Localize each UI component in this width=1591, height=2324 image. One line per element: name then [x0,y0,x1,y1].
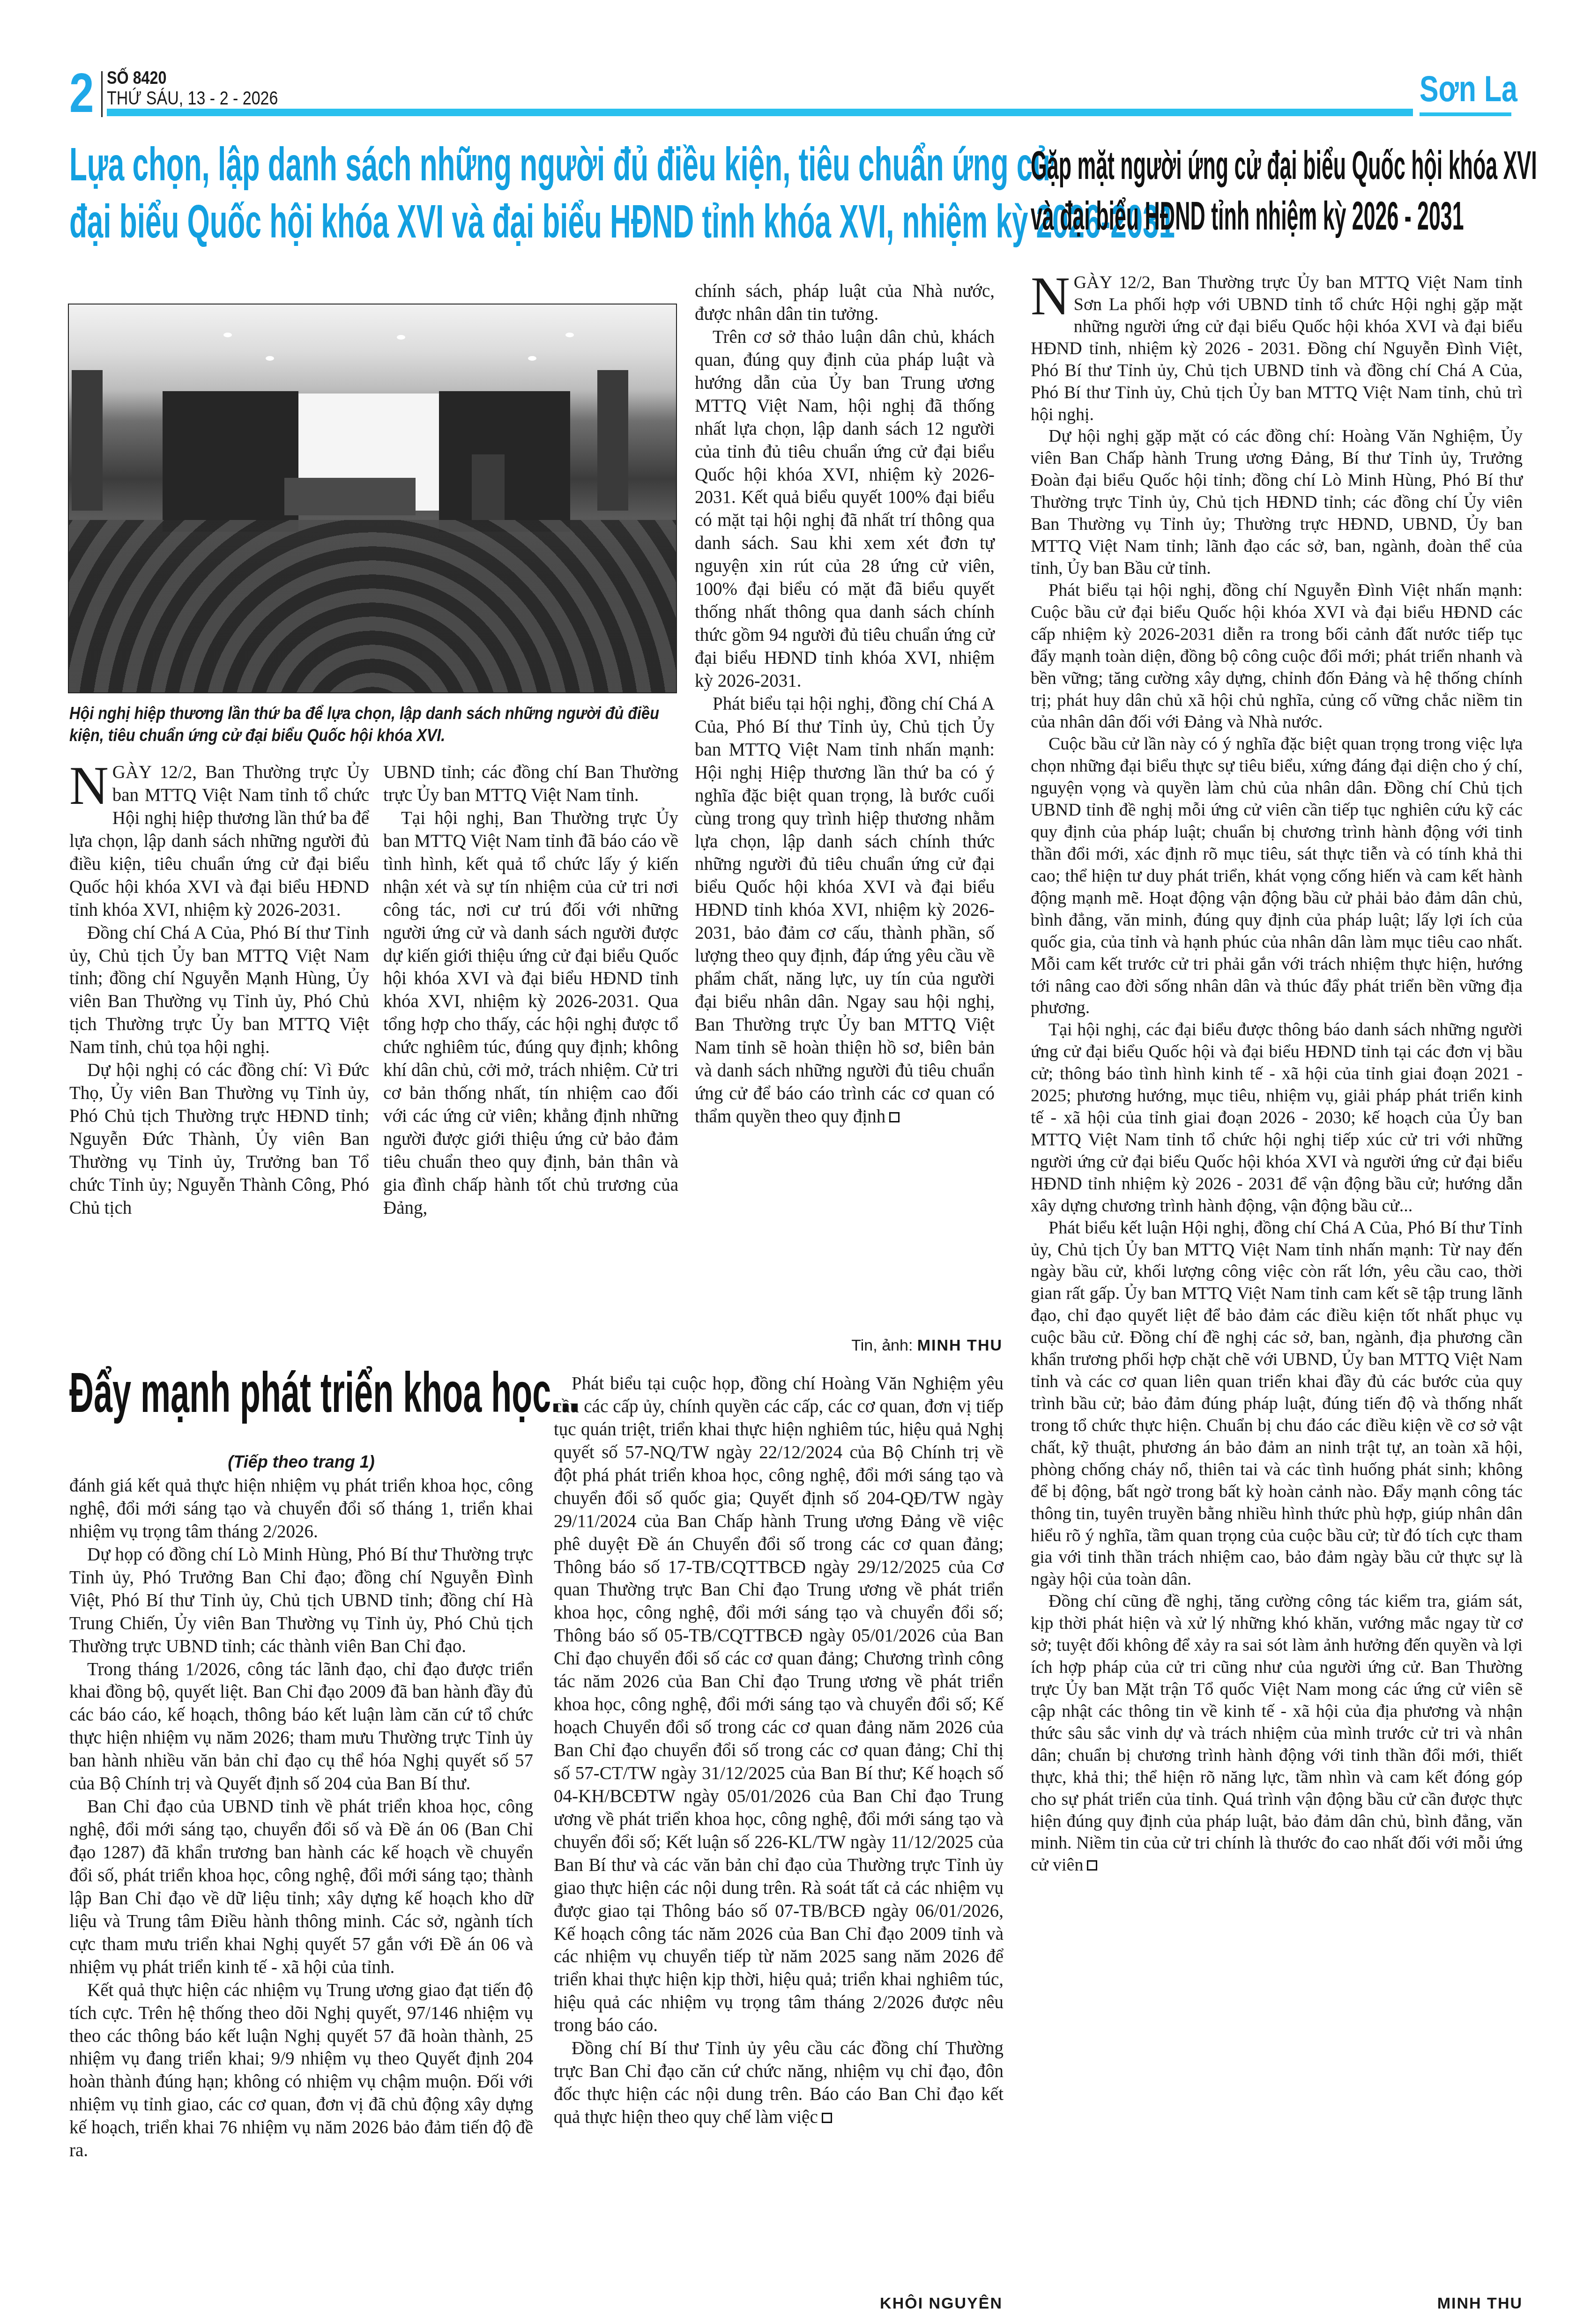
paragraph: Tại hội nghị, Ban Thường trực Ủy ban MTT… [383,807,678,1220]
article3-headline-line2: và đại biểu HĐND tỉnh nhiệm kỳ 2026 - 20… [1031,191,1537,242]
header-divider [101,71,103,117]
paragraph: Trên cơ sở thảo luận dân chủ, khách quan… [695,326,995,693]
article2-column-1: đánh giá kết quả thực hiện nhiệm vụ phát… [69,1475,533,2162]
photo-curtain-right [439,391,570,532]
paragraph: Phát biểu tại hội nghị, đồng chí Nguyễn … [1031,579,1523,733]
photo-banner-left [72,370,103,511]
article2-headline: Đẩy mạnh phát triển khoa học... [69,1359,579,1427]
article2-column-2: Phát biểu tại cuộc họp, đồng chí Hoàng V… [554,1373,1004,2129]
photo-curtain-left [163,391,298,532]
paragraph: Phát biểu tại cuộc họp, đồng chí Hoàng V… [554,1373,1004,2037]
article3-byline: MINH THU [1437,2295,1523,2311]
paragraph-text: Đồng chí Bí thư Tỉnh ủy yêu cầu các đồng… [554,2038,1004,2127]
photo-light [397,335,405,340]
article1-column-2: UBND tỉnh; các đồng chí Ban Thường trực … [383,761,678,1220]
paragraph: chính sách, pháp luật của Nhà nước, được… [695,280,995,326]
issue-number: SỐ 8420 [107,69,167,87]
paragraph: Trong tháng 1/2026, công tác lãnh đạo, c… [69,1658,533,1796]
article1-headline: Lựa chọn, lập danh sách những người đủ đ… [69,136,1175,250]
dropcap: N [69,764,109,809]
article2-byline: KHÔI NGUYÊN [880,2295,1003,2311]
photo-presidium-table [284,478,416,515]
page-number: 2 [69,66,94,121]
paragraph: đánh giá kết quả thực hiện nhiệm vụ phát… [69,1475,533,1544]
issue-date: THỨ SÁU, 13 - 2 - 2026 [107,89,278,108]
section-title: Sơn La [1420,70,1517,107]
photo-light [223,333,232,337]
paragraph: Dự hội nghị có các đồng chí: Vì Đức Thọ,… [69,1059,369,1220]
article3-headline-line1: Gặp mặt người ứng cử đại biểu Quốc hội k… [1031,141,1537,191]
paragraph-text: Đồng chí cũng đề nghị, tăng cường công t… [1031,1591,1523,1875]
article1-headline-line2: đại biểu Quốc hội khóa XVI và đại biểu H… [69,193,1175,250]
paragraph: Đồng chí cũng đề nghị, tăng cường công t… [1031,1590,1523,1876]
photo-banner-right [597,370,628,511]
paragraph: Phát biểu tại hội nghị, đồng chí Chá A C… [695,693,995,1129]
end-mark-icon [1087,1860,1097,1871]
paragraph: Đồng chí Chá A Của, Phó Bí thư Tỉnh ủy, … [69,922,369,1060]
article3-body: NGÀY 12/2, Ban Thường trực Ủy ban MTTQ V… [1031,272,1523,1876]
byline-author: MINH THU [917,1336,1003,1354]
end-mark-icon [822,2113,832,2123]
continued-note: (Tiếp theo trang 1) [69,1452,533,1472]
dropcap: N [1031,275,1070,319]
paragraph: Tại hội nghị, các đại biểu được thông bá… [1031,1019,1523,1217]
article1-byline: Tin, ảnh: MINH THU [851,1337,1003,1353]
article1-column-3: chính sách, pháp luật của Nhà nước, được… [695,280,995,1129]
photo-caption: Hội nghị hiệp thương lần thứ ba để lựa c… [69,703,678,747]
photo-podium [472,454,505,520]
photo-light [565,333,574,337]
paragraph: Đồng chí Bí thư Tỉnh ủy yêu cầu các đồng… [554,2037,1004,2129]
article1-headline-line1: Lựa chọn, lập danh sách những người đủ đ… [69,136,1175,193]
paragraph: Phát biểu kết luận Hội nghị, đồng chí Ch… [1031,1217,1523,1591]
photo-light [266,356,274,361]
photo-audience [69,520,676,693]
section-rule [1420,112,1511,116]
article1-column-1: NGÀY 12/2, Ban Thường trực Ủy ban MTTQ V… [69,761,369,1220]
header-rule [107,109,1413,116]
byline-prefix: Tin, ảnh: [851,1336,913,1354]
photo-light [528,356,536,361]
paragraph: Ban Chỉ đạo của UBND tỉnh về phát triển … [69,1796,533,1979]
paragraph: Cuộc bầu cử lần này có ý nghĩa đặc biệt … [1031,733,1523,1019]
paragraph-text: Phát biểu tại hội nghị, đồng chí Chá A C… [695,694,995,1127]
paragraph: Dự họp có đồng chí Lò Minh Hùng, Phó Bí … [69,1544,533,1658]
paragraph-text: GÀY 12/2, Ban Thường trực Ủy ban MTTQ Vi… [69,762,369,920]
conference-photo [68,304,677,693]
paragraph-text: GÀY 12/2, Ban Thường trực Ủy ban MTTQ Vi… [1031,273,1523,424]
end-mark-icon [889,1112,900,1122]
article1-lead-paragraph: NGÀY 12/2, Ban Thường trực Ủy ban MTTQ V… [69,761,369,922]
paragraph: UBND tỉnh; các đồng chí Ban Thường trực … [383,761,678,807]
paragraph: Dự hội nghị gặp mặt có các đồng chí: Hoà… [1031,425,1523,579]
article3-lead-paragraph: NGÀY 12/2, Ban Thường trực Ủy ban MTTQ V… [1031,272,1523,425]
article3-headline: Gặp mặt người ứng cử đại biểu Quốc hội k… [1031,141,1537,241]
paragraph: Kết quả thực hiện các nhiệm vụ Trung ươn… [69,1979,533,2163]
